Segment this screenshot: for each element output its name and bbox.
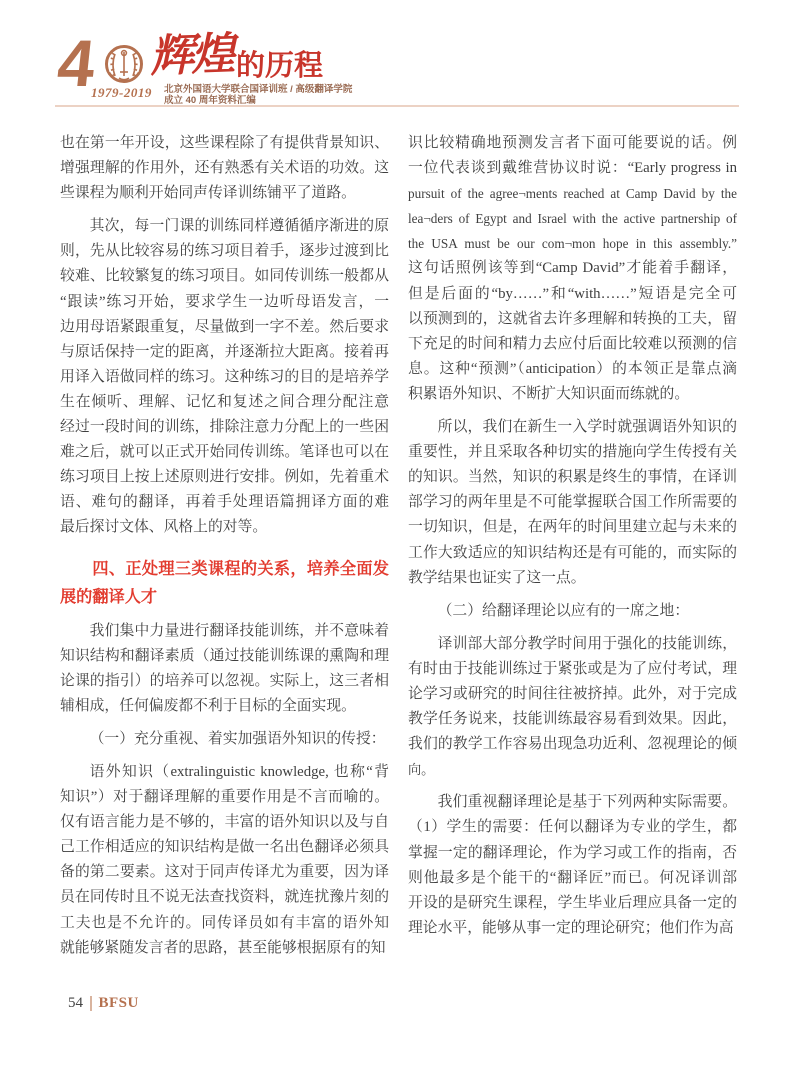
text-line: （1）学生的需要：任何以翻译为专业的学生，都应	[408, 815, 737, 840]
text-line: 知识”）对于翻译理解的重要作用是不言而喻的。	[60, 785, 389, 810]
text-line: 识比较精确地预测发言者下面可能要说的话。例如，	[408, 131, 737, 156]
brand-label: BFSU	[99, 995, 139, 1012]
article-body: 也在第一年开设，这些课程除了有提供背景知识、增强理解的作用外，还有熟悉有关术语的…	[60, 131, 737, 969]
header-rule	[55, 105, 739, 107]
text-line: 员在同传时且不说无法查找资料，就连扰豫片刻的	[60, 885, 389, 910]
text-line: 有时由于技能训练过于紧张或是为了应付考试，理	[408, 657, 737, 682]
text-line: 增强理解的作用外，还有熟悉有关术语的功效。这	[60, 156, 389, 181]
text-line: 一位代表谈到戴维营协议时说：“Early progress in	[408, 156, 737, 181]
anniversary-years: 1979-2019	[91, 85, 152, 101]
paragraph: 我们集中力量进行翻译技能训练，并不意味着知识结构和翻译素质（通过技能训练课的熏陶…	[60, 619, 389, 719]
text-line: 译训部大部分教学时间用于强化的技能训练，	[408, 632, 737, 657]
text-line: 则，先从比较容易的练习项目着手，逐步过渡到比	[60, 239, 389, 264]
text-line: 积累语外知识、不断扩大知识面而练就的。	[408, 382, 737, 407]
text-line: 理论水平，能够从事一定的理论研究；他们作为高	[408, 916, 737, 941]
text-line: 重要性，并且采取各种切实的措施向学生传授有关	[408, 440, 737, 465]
paragraph: 译训部大部分教学时间用于强化的技能训练，有时由于技能训练过于紧张或是为了应付考试…	[408, 632, 737, 783]
text-line: 较难、比较繁复的练习项目。如同传训练一般都从	[60, 264, 389, 289]
text-line: 下充足的时间和精力去应付后面比较难以预测的信	[408, 332, 737, 357]
paragraph: （二）给翻译理论以应有的一席之地：	[408, 599, 737, 624]
text-line: 知识结构和翻译素质（通过技能训练课的熏陶和理	[60, 644, 389, 669]
left-column: 也在第一年开设，这些课程除了有提供背景知识、增强理解的作用外，还有熟悉有关术语的…	[60, 131, 389, 969]
text-line: 工夫也是不允许的。同传译员如有丰富的语外知识，	[60, 911, 389, 936]
text-line: 也在第一年开设，这些课程除了有提供背景知识、	[60, 131, 389, 156]
paragraph: （一）充分重视、着实加强语外知识的传授：	[60, 727, 389, 752]
text-line: 我们的教学工作容易出现急功近利、忽视理论的倾	[408, 732, 737, 757]
paragraph: 也在第一年开设，这些课程除了有提供背景知识、增强理解的作用外，还有熟悉有关术语的…	[60, 131, 389, 206]
text-line: 备的第二要素。这对于同声传译尤为重要，因为译	[60, 860, 389, 885]
paragraph: 识比较精确地预测发言者下面可能要说的话。例如，一位代表谈到戴维营协议时说：“Ea…	[408, 131, 737, 407]
text-line: 则他最多是个能干的“翻译匠”而已。何况译训部	[408, 866, 737, 891]
text-line: 仅有语言能力是不够的，丰富的语外知识以及与自	[60, 810, 389, 835]
footer: 54 BFSU	[68, 995, 139, 1012]
text-line: 部学习的两年里是不可能掌握联合国工作所需要的	[408, 490, 737, 515]
text-line: 论课的指引）的培养可以忽视。实际上，这三者相	[60, 669, 389, 694]
text-line: 掌握一定的翻译理论，作为学习或工作的指南，否	[408, 841, 737, 866]
page-number: 54	[68, 995, 83, 1012]
text-line: 教学任务说来，技能训练最容易看到效果。因此，	[408, 707, 737, 732]
text-line: 己工作相适应的知识结构是做一名出色翻译必须具	[60, 835, 389, 860]
page-title-suffix: 的历程	[236, 50, 323, 82]
document-page: 4 1979-2019 辉煌 的历程 北京外国语大学联合国译训班 / 高级翻译学…	[0, 0, 794, 1078]
text-line: 难之后，就可以正式开始同传训练。笔译也可以在	[60, 440, 389, 465]
page-title-script: 辉煌	[149, 31, 233, 82]
footer-divider	[90, 996, 92, 1011]
text-line: 最后探讨文体、风格上的对等。	[60, 515, 389, 540]
section-heading-line: 四、正处理三类课程的关系，培养全面发	[60, 555, 389, 583]
text-line: “跟读”练习开始，要求学生一边听母语发言，一	[60, 290, 389, 315]
un-laurel-emblem-icon	[97, 38, 151, 92]
text-line: lea¬ders of Egypt and Israel with the ac…	[408, 206, 737, 231]
text-line: 与原话保持一定的距离，并逐渐拉大距离。接着再	[60, 340, 389, 365]
section-heading: 四、正处理三类课程的关系，培养全面发展的翻译人才	[60, 555, 389, 611]
text-line: 辅相成，任何偏废都不利于目标的全面实现。	[60, 694, 389, 719]
text-line: 其次，每一门课的训练同样遵循循序渐进的原	[60, 214, 389, 239]
right-column: 识比较精确地预测发言者下面可能要说的话。例如，一位代表谈到戴维营协议时说：“Ea…	[408, 131, 737, 969]
text-line: 我们重视翻译理论是基于下列两种实际需要。	[408, 790, 737, 815]
text-line: 工作大致适应的知识结构还是有可能的，而实际的	[408, 541, 737, 566]
text-line: 以预测到的，这就省去许多理解和转换的工夫，留	[408, 307, 737, 332]
text-line: 练习项目上按上述原则进行安排。例如，先着重术	[60, 465, 389, 490]
paragraph: 语外知识（extralinguistic knowledge, 也称“背景知识”…	[60, 760, 389, 961]
text-line: 教学结果也证实了这一点。	[408, 566, 737, 591]
section-heading-line: 展的翻译人才	[60, 583, 389, 611]
text-line: 这句话照例该等到“Camp David”才能着手翻译，	[408, 256, 737, 281]
text-line: the USA must be our com¬mon hope in this…	[408, 231, 737, 256]
text-line: （一）充分重视、着实加强语外知识的传授：	[60, 727, 389, 752]
paragraph: 所以，我们在新生一入学时就强调语外知识的重要性，并且采取各种切实的措施向学生传授…	[408, 415, 737, 591]
text-line: 生在倾听、理解、记忆和复述之间合理分配注意力。	[60, 390, 389, 415]
text-line: 息。这种“预测”（anticipation）的本领正是靠点滴	[408, 357, 737, 382]
subtitle-line-1: 北京外国语大学联合国译训班 / 高级翻译学院	[164, 84, 352, 95]
text-line: 向。	[408, 757, 737, 782]
text-line: 用译入语做同样的练习。这种练习的目的是培养学	[60, 365, 389, 390]
text-line: 所以，我们在新生一入学时就强调语外知识的	[408, 415, 737, 440]
paragraph: 我们重视翻译理论是基于下列两种实际需要。（1）学生的需要：任何以翻译为专业的学生…	[408, 790, 737, 941]
text-line: 边用母语紧跟重复，尽量做到一字不差。然后要求	[60, 315, 389, 340]
text-line: 但是后面的“by……”和“with……”短语是完全可	[408, 282, 737, 307]
paragraph: 其次，每一门课的训练同样遵循循序渐进的原则，先从比较容易的练习项目着手，逐步过渡…	[60, 214, 389, 540]
text-line: pursuit of the agree¬ments reached at Ca…	[408, 181, 737, 206]
text-line: 语外知识（extralinguistic knowledge, 也称“背景	[60, 760, 389, 785]
text-line: （二）给翻译理论以应有的一席之地：	[408, 599, 737, 624]
text-line: 一切知识，但是，在两年的时间里建立起与未来的	[408, 515, 737, 540]
text-line: 开设的是研究生课程，学生毕业后理应具备一定的	[408, 891, 737, 916]
text-line: 些课程为顺利开始同声传译训练铺平了道路。	[60, 181, 389, 206]
text-line: 经过一段时间的训练，排除注意力分配上的一些困	[60, 415, 389, 440]
text-line: 论学习或研究的时间往往被挤掉。此外，对于完成	[408, 682, 737, 707]
text-line: 就能够紧随发言者的思路，甚至能够根据原有的知	[60, 936, 389, 961]
text-line: 的知识。当然，知识的积累是终生的事情，在译训	[408, 465, 737, 490]
text-line: 我们集中力量进行翻译技能训练，并不意味着	[60, 619, 389, 644]
text-line: 语、难句的翻译，再着手处理语篇拥译方面的难点，	[60, 490, 389, 515]
